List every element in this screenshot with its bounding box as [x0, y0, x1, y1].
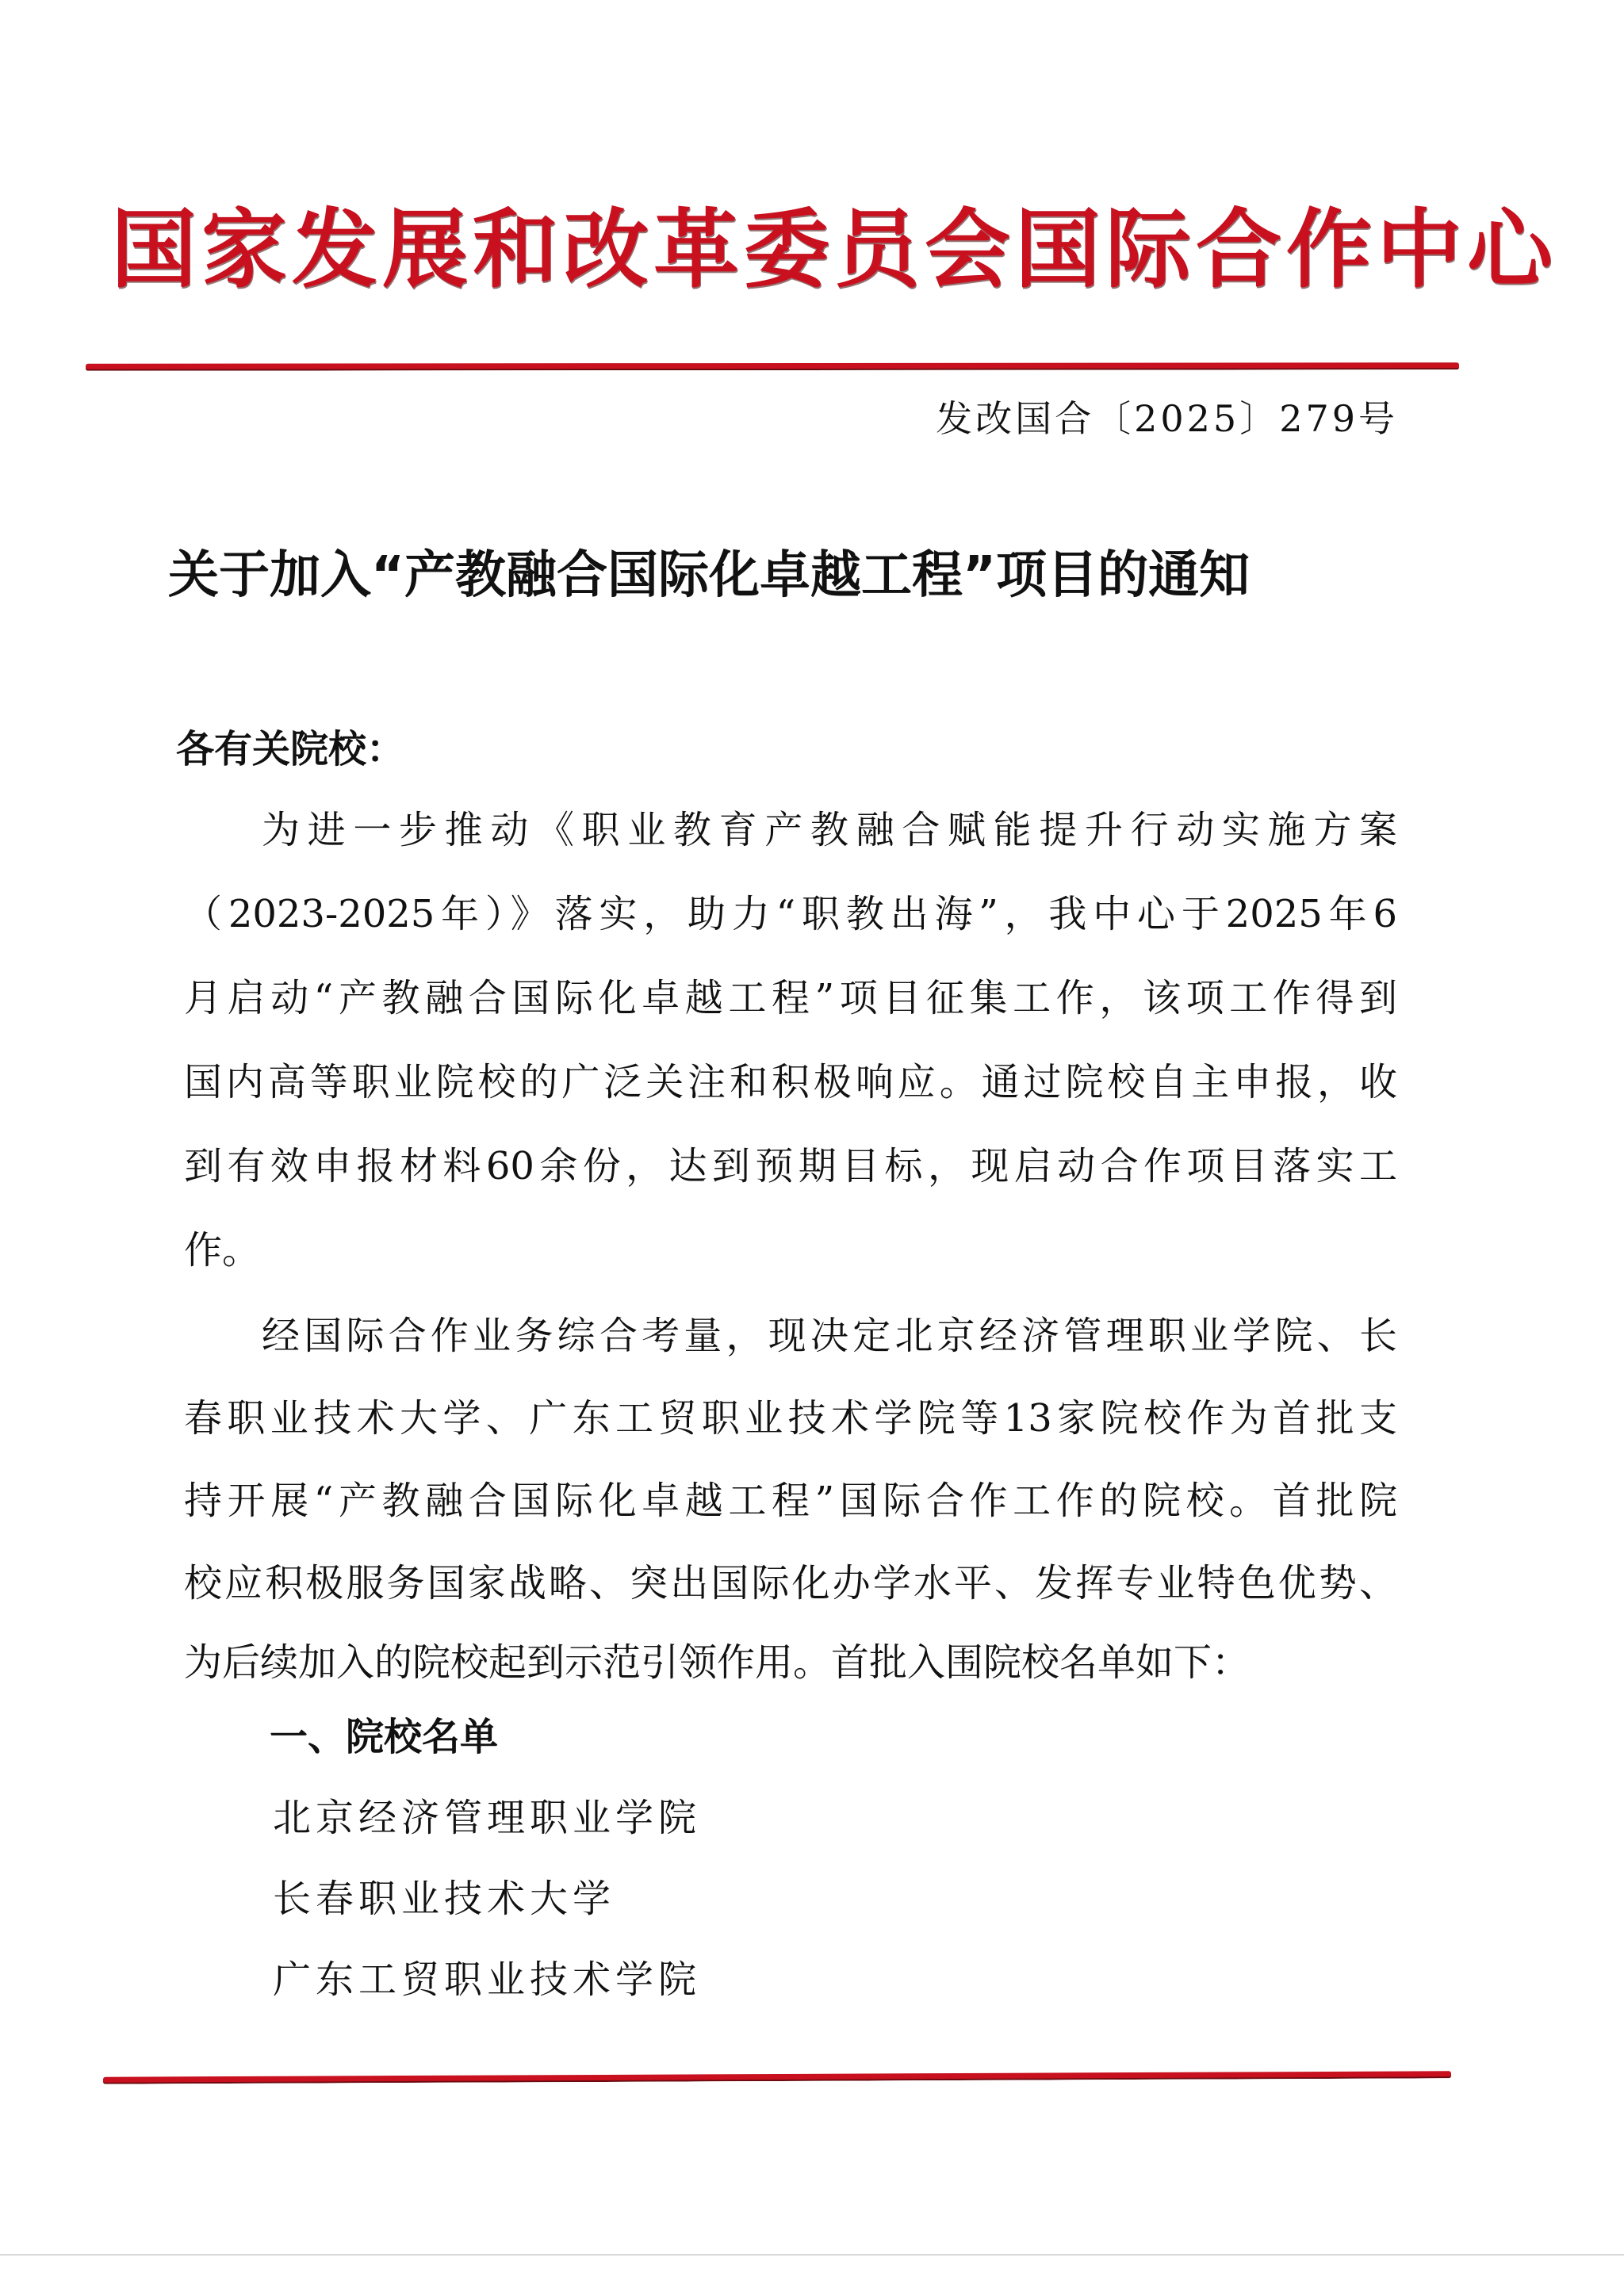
header-red-divider — [86, 362, 1459, 371]
notice-title: 关于加入“产教融合国际化卓越工程”项目的通知 — [168, 538, 1484, 614]
paragraph-2-line-2: 春职业技术大学、广东工贸职业技术学院等13家院校作为首批支 — [184, 1391, 1397, 1446]
paragraph-1-line-3: 月启动“产教融合国际化卓越工程”项目征集工作，该项工作得到 — [184, 970, 1397, 1026]
page-bottom-edge — [0, 2254, 1624, 2256]
paragraph-1-line-6: 作。 — [184, 1223, 1397, 1278]
paragraph-2-line-1: 经国际合作业务综合考量，现决定北京经济管理职业学院、长 — [262, 1308, 1397, 1364]
footer-red-divider — [103, 2071, 1451, 2084]
paragraph-2-line-3: 持开展“产教融合国际化卓越工程”国际合作工作的院校。首批院 — [184, 1473, 1397, 1529]
salutation: 各有关院校： — [176, 721, 404, 777]
school-list-item: 广东工贸职业技术学院 — [273, 1952, 701, 2007]
paragraph-2-line-5: 为后续加入的院校起到示范引领作用。首批入围院校名单如下： — [184, 1635, 1397, 1690]
paragraph-2-line-4: 校应积极服务国家战略、突出国际化办学水平、发挥专业特色优势、 — [184, 1556, 1397, 1611]
paragraph-1-line-4: 国内高等职业院校的广泛关注和积极响应。通过院校自主申报，收 — [184, 1054, 1397, 1110]
document-number: 发改国合〔2025〕279号 — [936, 393, 1398, 444]
paragraph-1-line-1: 为进一步推动《职业教育产教融合赋能提升行动实施方案 — [262, 802, 1397, 858]
school-list-item: 北京经济管理职业学院 — [273, 1790, 701, 1846]
paragraph-1-line-2: （2023-2025年）》落实，助力“职教出海”，我中心于2025年6 — [184, 886, 1397, 942]
school-list-item: 长春职业技术大学 — [273, 1871, 615, 1927]
document-page: 国家发展和改革委员会国际合作中心 发改国合〔2025〕279号 关于加入“产教融… — [0, 0, 1624, 2296]
paragraph-1-line-5: 到有效申报材料60余份，达到预期目标，现启动合作项目落实工 — [184, 1138, 1397, 1194]
masthead-title: 国家发展和改革委员会国际合作中心 — [111, 198, 1443, 301]
section-heading-school-list: 一、院校名单 — [270, 1709, 498, 1765]
